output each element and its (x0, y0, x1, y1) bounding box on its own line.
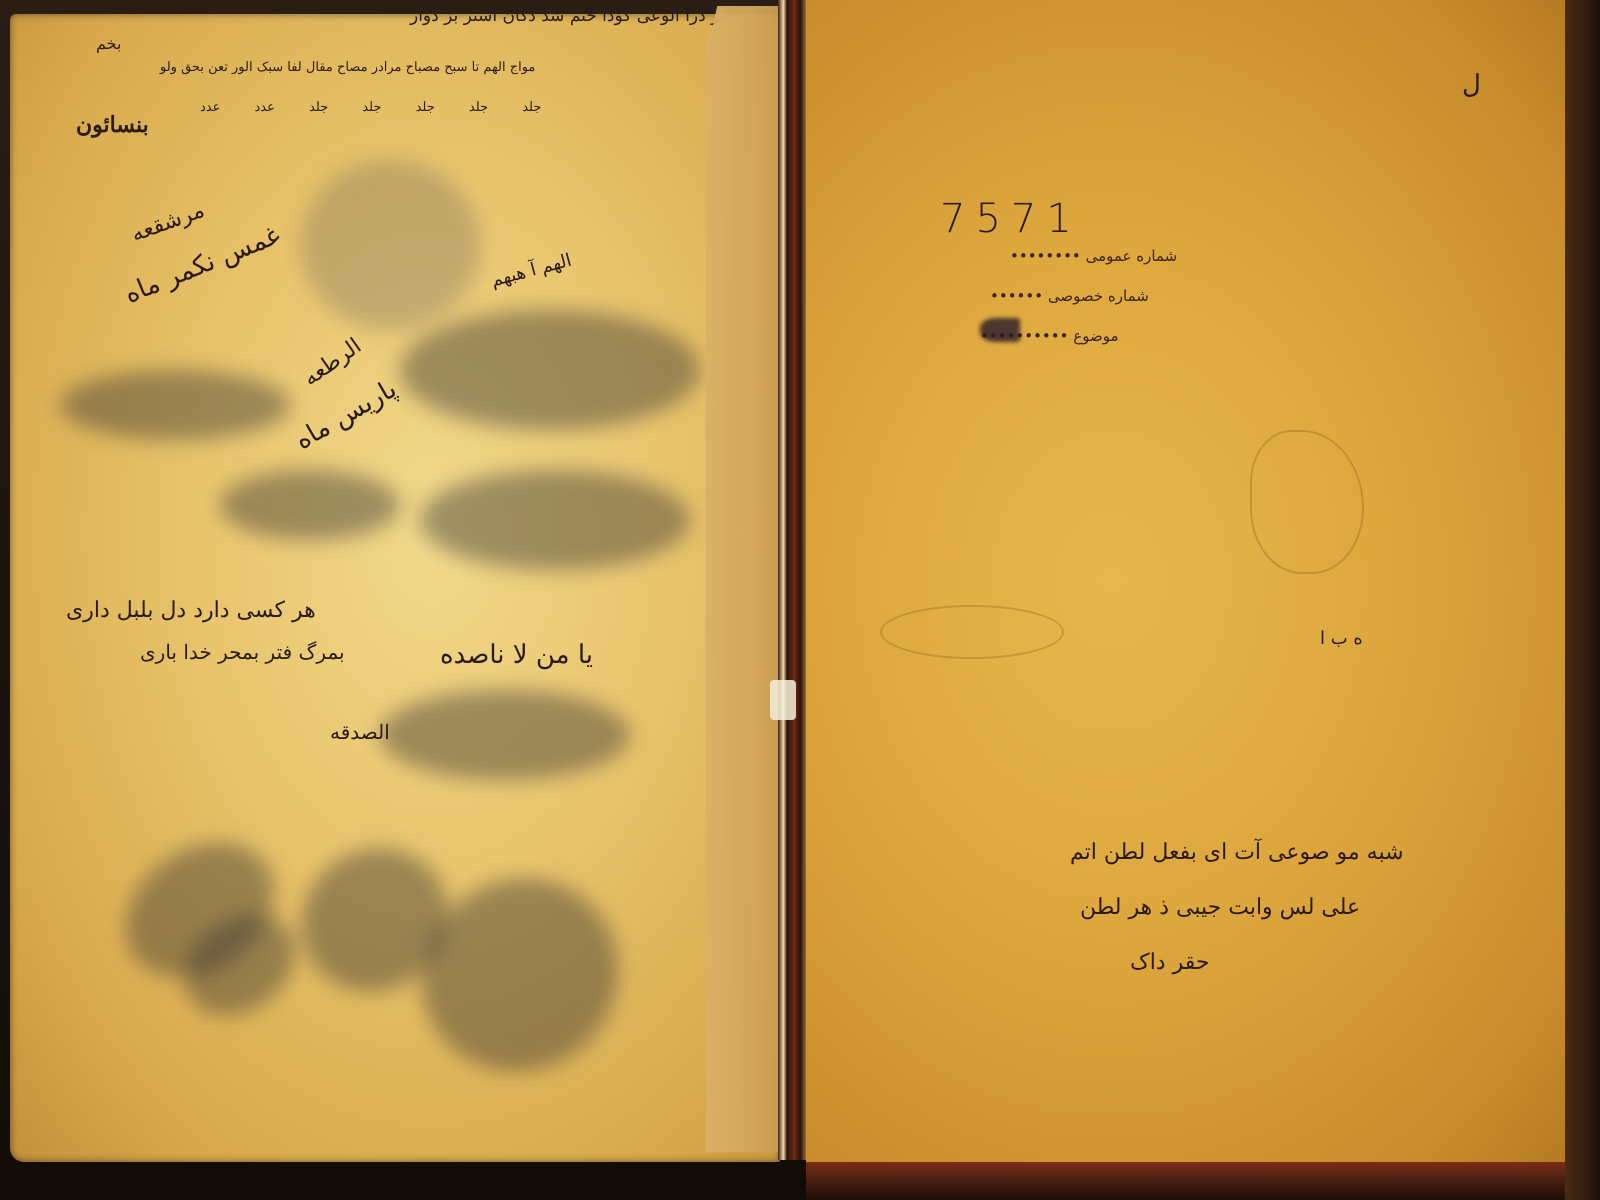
corner-note: بخم (96, 34, 121, 53)
stamp-label-text: شماره خصوصی (1048, 287, 1149, 305)
colophon-line: شبه مو صوعی آت ای بفعل لطن اتم (1070, 840, 1404, 865)
page-edge-shadow (1565, 0, 1600, 1200)
cover-board-edge (806, 1162, 1600, 1200)
stamp-dotted-line: •••••• (990, 287, 1043, 305)
colophon-line: علی لس وابت جیبی ذ هر لطن (1080, 895, 1360, 920)
header-line-2: مواج الهم تا سبح مصباح مرادر مصاح مقال ل… (160, 60, 535, 75)
stamp-special-number: شماره خصوصی •••••• (990, 287, 1149, 305)
verse-line: الصدقه (330, 720, 390, 744)
stamp-general-number: شماره عمومی •••••••• (1010, 247, 1177, 265)
verse-line: یا من لا ناصده (440, 640, 593, 670)
spine-repair-tab (770, 680, 796, 720)
stamp-dotted-line: •••••••• (1010, 247, 1081, 265)
catalog-number: 7571 (940, 196, 1082, 242)
right-endpaper-page (806, 0, 1570, 1162)
stamp-label-text: موضوع (1073, 327, 1118, 345)
ink-smudge (60, 370, 290, 440)
ink-smudge (300, 160, 480, 330)
book-spine-gutter (778, 0, 808, 1160)
stamp-label-text: شماره عمومی (1086, 247, 1178, 265)
header-line-3: جلد جلد جلد جلد جلد عدد عدد (200, 100, 541, 115)
header-left-word: بنسائون (76, 112, 149, 138)
ink-marks: ه ب ا (1320, 628, 1363, 649)
top-corner-mark: ل (1462, 70, 1481, 100)
header-line-1: بر درا الوعی کودا ختم شد دکان استر بز دو… (410, 6, 725, 26)
water-stain (880, 605, 1064, 659)
ink-smudge (400, 310, 700, 430)
ink-smudge (220, 470, 400, 540)
ink-smudge (420, 470, 690, 570)
pasted-paper-strip (706, 6, 786, 1152)
verse-line: بمرگ فتر بمحر خدا باری (140, 640, 345, 664)
ink-blot (980, 318, 1020, 342)
verse-line: هر کسی دارد دل بلبل داری (66, 598, 316, 623)
colophon-line: حقر داک (1130, 950, 1209, 975)
ink-smudge (380, 690, 630, 780)
